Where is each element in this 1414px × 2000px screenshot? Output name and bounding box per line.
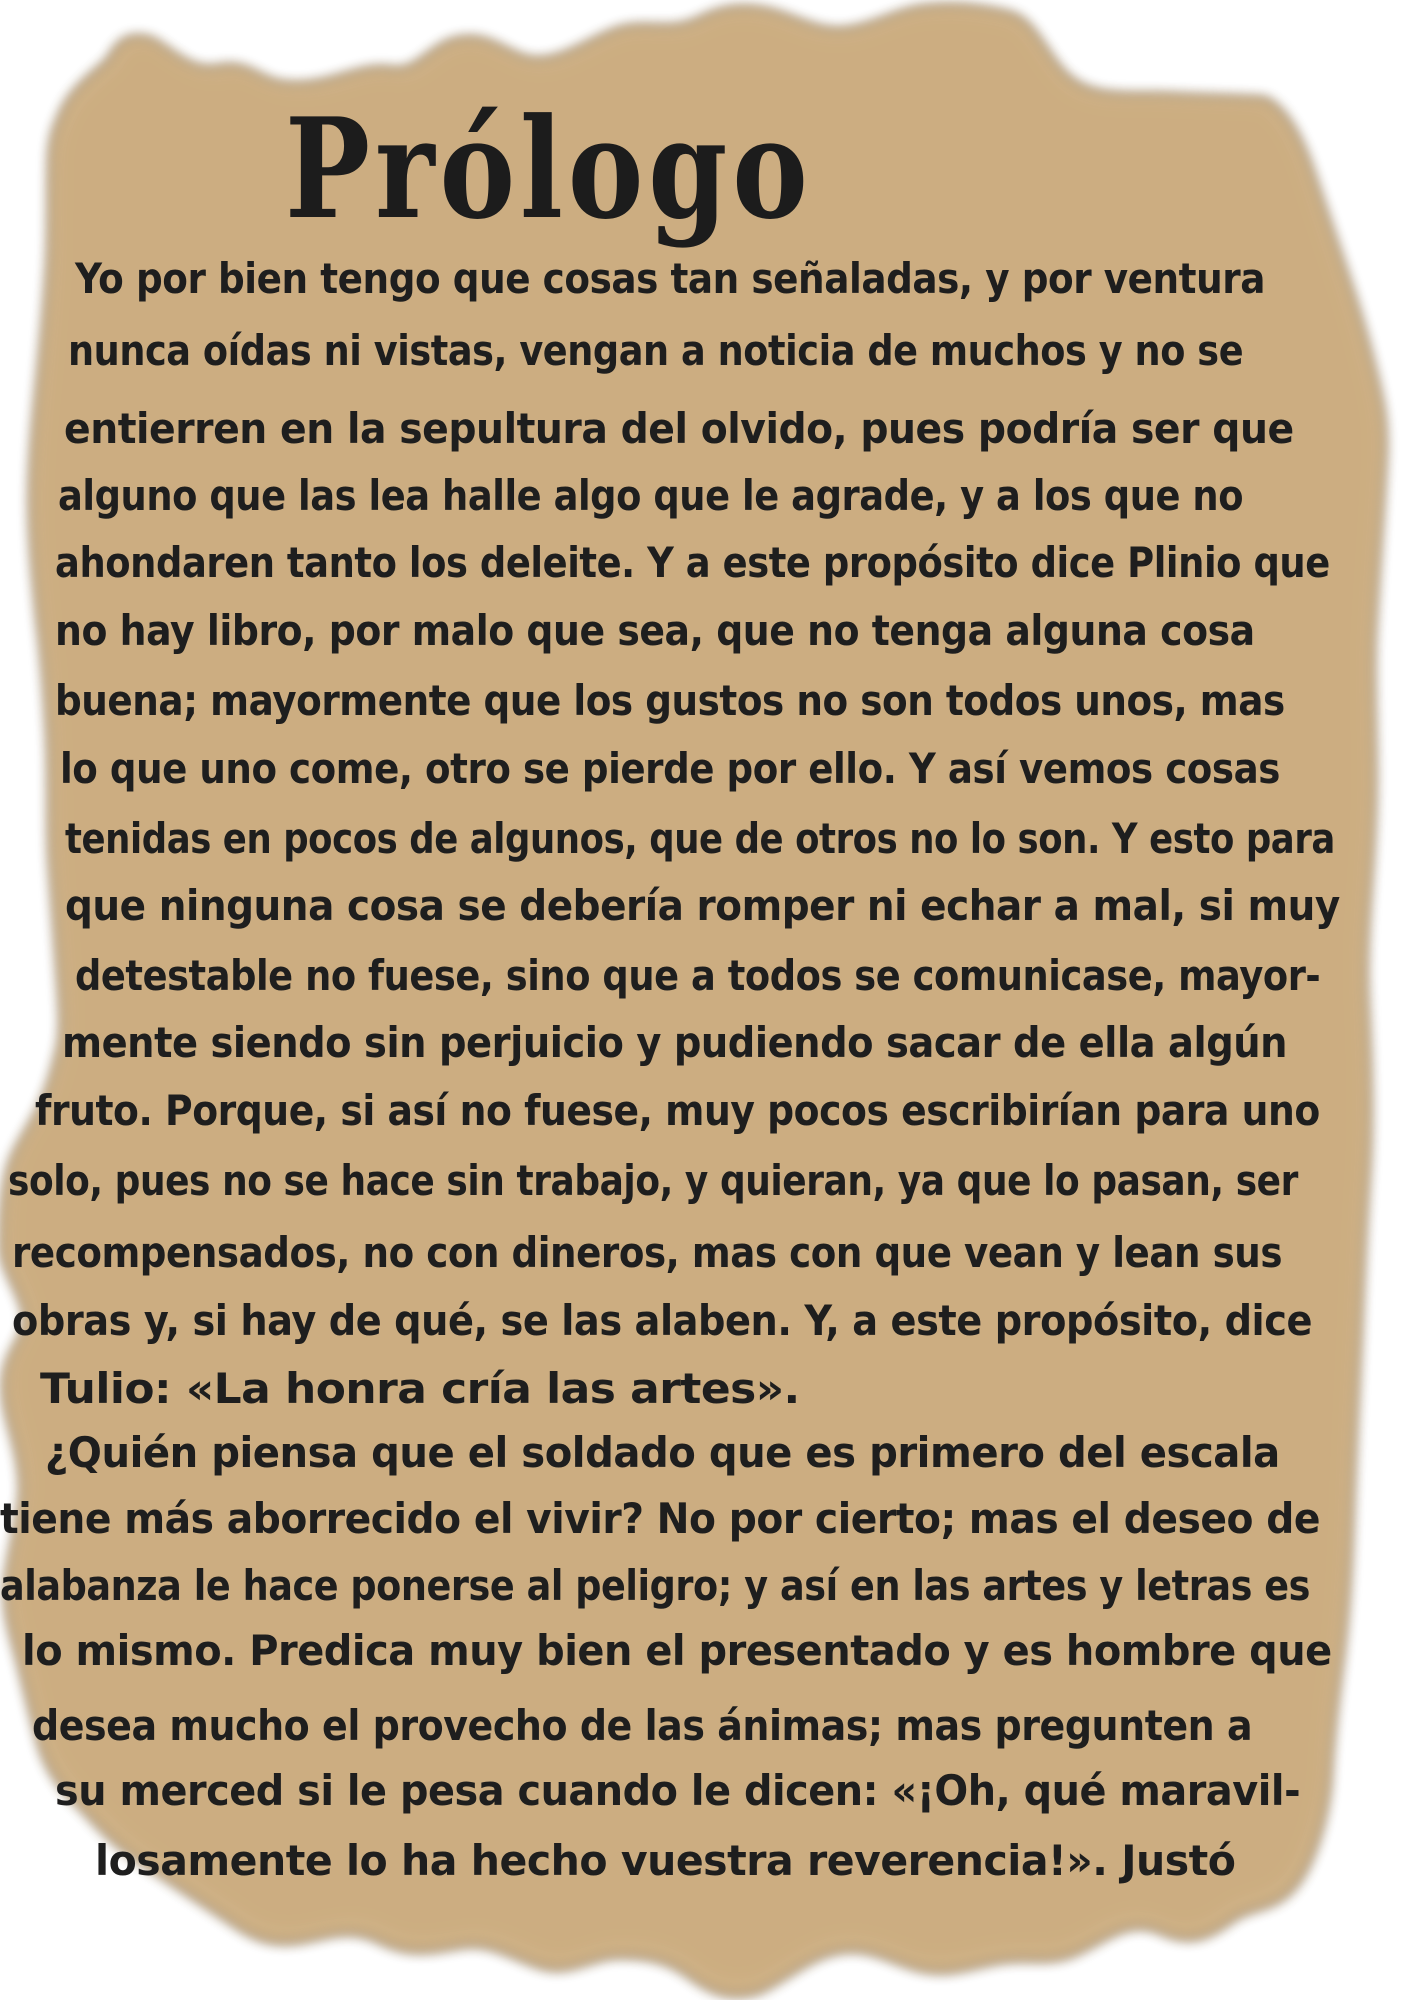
text-line: Yo por bien tengo que cosas tan señalada…	[75, 258, 1265, 300]
text-line: detestable no fuese, sino que a todos se…	[75, 955, 1320, 997]
text-line: ahondaren tanto los deleite. Y a este pr…	[55, 542, 1330, 584]
text-line: ¿Quién piensa que el soldado que es prim…	[45, 1432, 1280, 1474]
text-line: nunca oídas ni vistas, vengan a noticia …	[68, 330, 1243, 372]
text-line: alabanza le hace ponerse al peligro; y a…	[0, 1565, 1310, 1607]
text-line: solo, pues no se hace sin trabajo, y qui…	[8, 1160, 1298, 1202]
text-line: no hay libro, por malo que sea, que no t…	[55, 610, 1255, 652]
text-line: obras y, si hay de qué, se las alaben. Y…	[12, 1300, 1312, 1342]
text-line: tenidas en pocos de algunos, que de otro…	[65, 818, 1335, 860]
text-line: que ninguna cosa se debería romper ni ec…	[65, 885, 1340, 927]
text-line: desea mucho el provecho de las ánimas; m…	[32, 1705, 1252, 1747]
page-title: Prólogo	[285, 100, 813, 238]
text-line: buena; mayormente que los gustos no son …	[55, 680, 1285, 722]
text-line: losamente lo ha hecho vuestra reverencia…	[95, 1840, 1235, 1882]
text-line: su merced si le pesa cuando le dicen: «¡…	[55, 1770, 1300, 1812]
text-line: lo mismo. Predica muy bien el presentado…	[22, 1630, 1332, 1672]
text-line: fruto. Porque, si así no fuese, muy poco…	[35, 1090, 1320, 1132]
text-line: entierren en la sepultura del olvido, pu…	[64, 408, 1294, 450]
text-line: tiene más aborrecido el vivir? No por ci…	[0, 1498, 1320, 1540]
text-line: mente siendo sin perjuicio y pudiendo sa…	[62, 1022, 1287, 1064]
text-line: recompensados, no con dineros, mas con q…	[12, 1232, 1282, 1274]
text-line: lo que uno come, otro se pierde por ello…	[60, 748, 1280, 790]
text-line: alguno que las lea halle algo que le agr…	[58, 475, 1243, 517]
text-line: Tulio: «La honra cría las artes».	[40, 1368, 800, 1410]
